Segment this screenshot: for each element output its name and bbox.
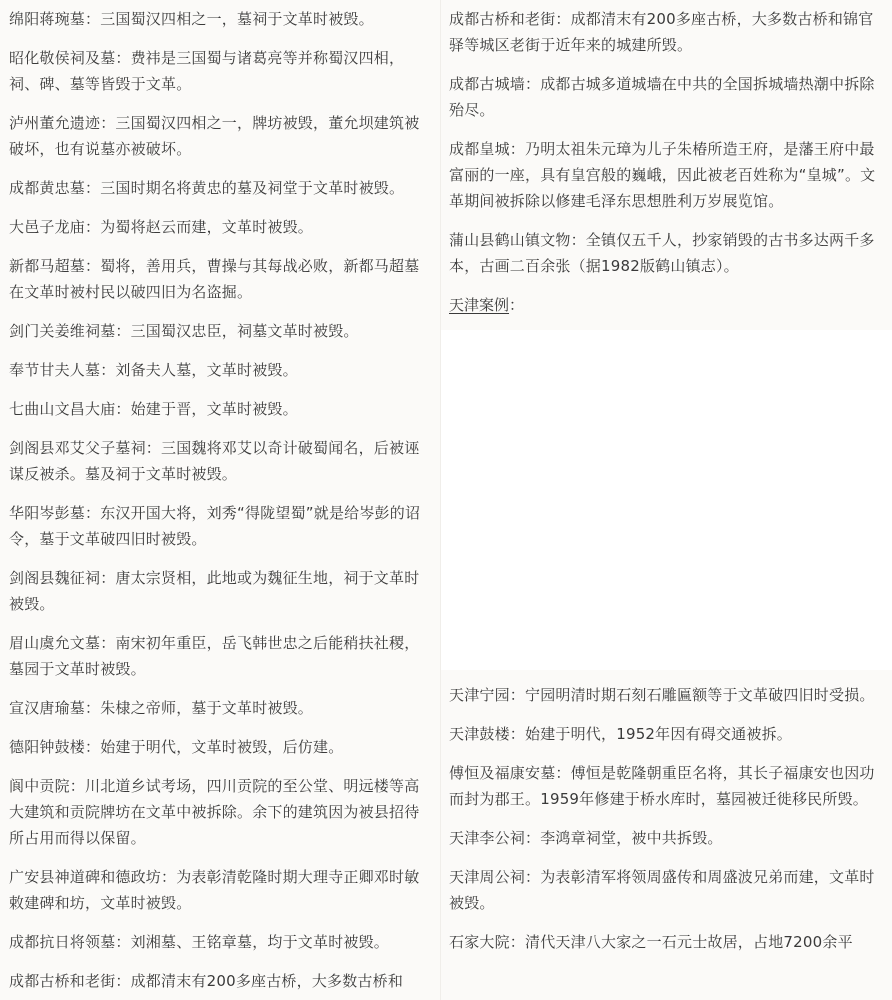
section-heading: 天津案例： [449, 292, 880, 318]
entry-paragraph: 成都皇城：乃明太祖朱元璋为儿子朱椿所造王府，是藩王府中最富丽的一座，具有皇宫般的… [449, 136, 880, 214]
entry-paragraph: 天津宁园：宁园明清时期石刻石雕匾额等于文革破四旧时受损。 [449, 682, 880, 708]
entry-paragraph: 成都古城墙：成都古城多道城墙在中共的全国拆城墙热潮中拆除殆尽。 [449, 71, 880, 123]
entry-paragraph: 新都马超墓：蜀将，善用兵，曹操与其每战必败，新都马超墓在文革时被村民以破四旧为名… [9, 253, 430, 305]
entry-paragraph: 德阳钟鼓楼：始建于明代，文革时被毁，后仿建。 [9, 734, 430, 760]
entry-paragraph: 傅恒及福康安墓：傅恒是乾隆朝重臣名将，其长子福康安也因功而封为郡王。1959年修… [449, 760, 880, 812]
entry-paragraph: 石家大院：清代天津八大家之一石元士故居，占地7200余平 [449, 929, 880, 951]
entry-paragraph: 剑阁县魏征祠：唐太宗贤相，此地或为魏征生地，祠于文革时被毁。 [9, 565, 430, 617]
entry-paragraph: 剑门关姜维祠墓：三国蜀汉忠臣，祠墓文革时被毁。 [9, 318, 430, 344]
entry-paragraph: 天津鼓楼：始建于明代，1952年因有碍交通被拆。 [449, 721, 880, 747]
entry-paragraph: 成都古桥和老街：成都清末有200多座古桥，大多数古桥和 [9, 968, 430, 994]
entry-paragraph: 天津周公祠：为表彰清军将领周盛传和周盛波兄弟而建，文革时被毁。 [449, 864, 880, 916]
entry-paragraph: 华阳岑彭墓：东汉开国大将，刘秀“得陇望蜀”就是给岑彭的诏令，墓于文革破四旧时被毁… [9, 500, 430, 552]
left-column: 绵阳蒋琬墓：三国蜀汉四相之一，墓祠于文革时被毁。 昭化敬侯祠及墓：费祎是三国蜀与… [0, 0, 440, 1000]
entry-paragraph: 天津李公祠：李鸿章祠堂，被中共拆毁。 [449, 825, 880, 851]
entry-paragraph: 眉山虞允文墓：南宋初年重臣，岳飞韩世忠之后能稍扶社稷，墓园于文革时被毁。 [9, 630, 430, 682]
entry-paragraph: 广安县神道碑和德政坊：为表彰清乾隆时期大理寺正卿邓时敏敕建碑和坊，文革时被毁。 [9, 864, 430, 916]
entry-paragraph: 奉节甘夫人墓：刘备夫人墓，文革时被毁。 [9, 357, 430, 383]
entry-paragraph: 剑阁县邓艾父子墓祠：三国魏将邓艾以奇计破蜀闻名，后被诬谋反被杀。墓及祠于文革时被… [9, 435, 430, 487]
entry-paragraph: 泸州董允遗迹：三国蜀汉四相之一，牌坊被毁，董允坝建筑被破坏，也有说墓亦被破坏。 [9, 110, 430, 162]
entry-paragraph: 绵阳蒋琬墓：三国蜀汉四相之一，墓祠于文革时被毁。 [9, 6, 430, 32]
image-placeholder [441, 330, 892, 670]
entry-paragraph: 昭化敬侯祠及墓：费祎是三国蜀与诸葛亮等并称蜀汉四相，祠、碑、墓等皆毁于文革。 [9, 45, 430, 97]
entry-paragraph: 阆中贡院：川北道乡试考场，四川贡院的至公堂、明远楼等高大建筑和贡院牌坊在文革中被… [9, 773, 430, 851]
right-column: 成都古桥和老街：成都清末有200多座古桥，大多数古桥和锦官驿等城区老街于近年来的… [440, 0, 892, 1000]
entry-paragraph: 蒲山县鹤山镇文物：全镇仅五千人，抄家销毁的古书多达两千多本，古画二百余张（据19… [449, 227, 880, 279]
entry-paragraph: 大邑子龙庙：为蜀将赵云而建，文革时被毁。 [9, 214, 430, 240]
section-heading-link[interactable]: 天津案例 [449, 296, 509, 314]
entry-paragraph: 成都古桥和老街：成都清末有200多座古桥，大多数古桥和锦官驿等城区老街于近年来的… [449, 6, 880, 58]
entry-paragraph: 七曲山文昌大庙：始建于晋，文革时被毁。 [9, 396, 430, 422]
entry-paragraph: 成都黄忠墓：三国时期名将黄忠的墓及祠堂于文革时被毁。 [9, 175, 430, 201]
entry-paragraph: 宣汉唐瑜墓：朱棣之帝师，墓于文革时被毁。 [9, 695, 430, 721]
entry-paragraph: 成都抗日将领墓：刘湘墓、王铭章墓，均于文革时被毁。 [9, 929, 430, 955]
